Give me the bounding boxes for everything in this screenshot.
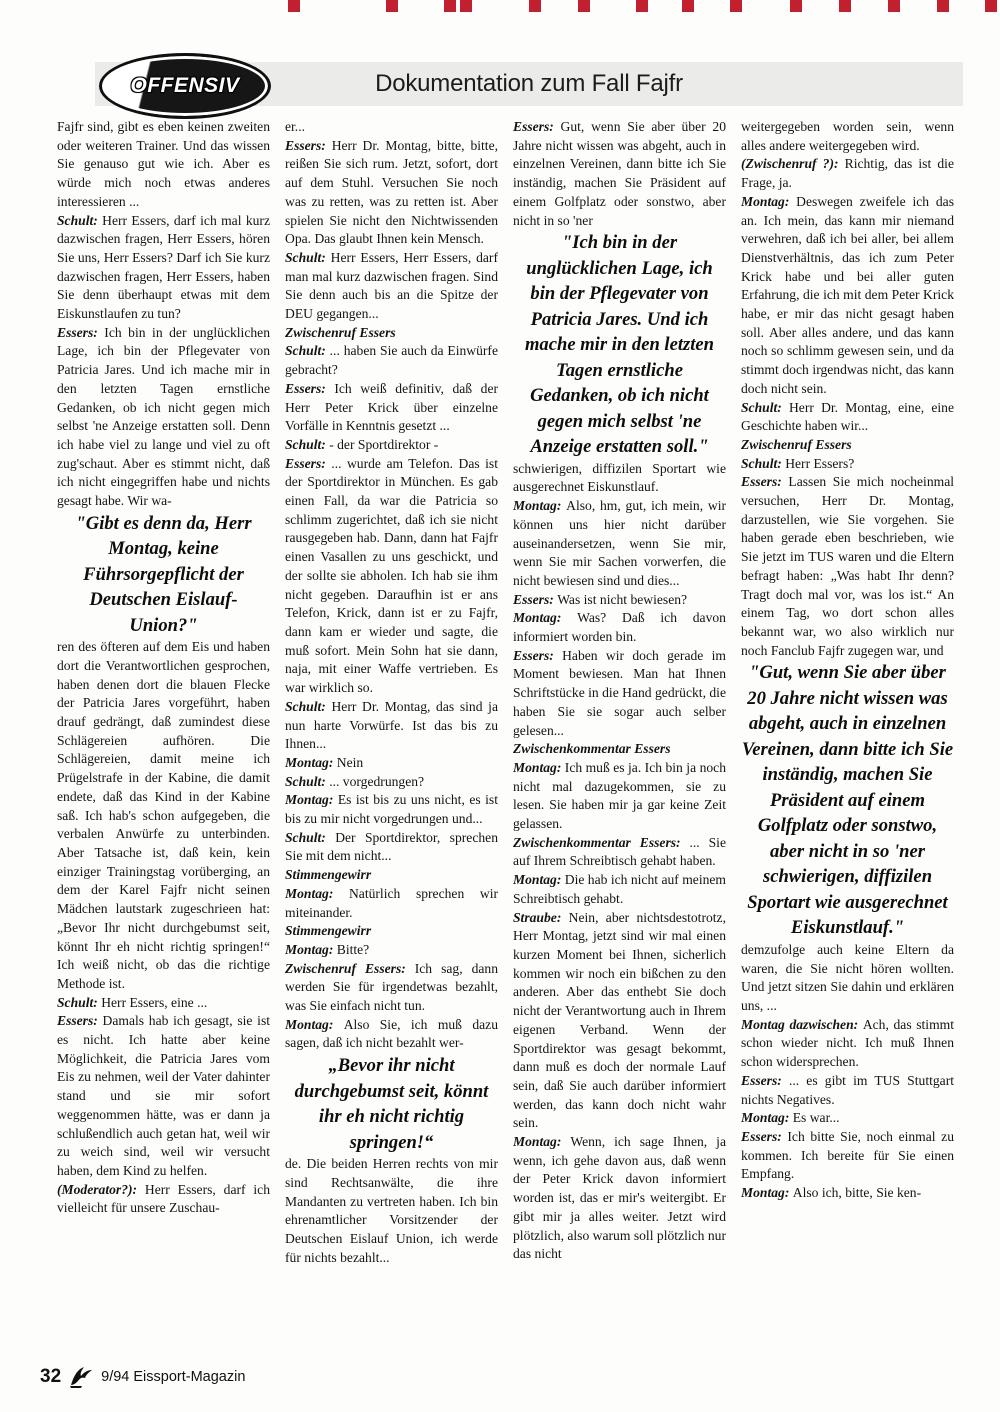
dialog-paragraph: Schult: Der Sportdirektor, sprechen Sie … xyxy=(285,829,498,866)
speaker-name: Schult: xyxy=(285,437,329,452)
dialog-paragraph: Zwischenkommentar Essers: ... Sie auf Ih… xyxy=(513,834,726,871)
speaker-name: Schult: xyxy=(57,995,101,1010)
body-paragraph: demzufolge auch keine Eltern da waren, d… xyxy=(741,941,954,1016)
dialog-paragraph: (Moderator?): Herr Essers, darf ich viel… xyxy=(57,1181,270,1218)
dialog-paragraph: Essers: ... es gibt im TUS Stuttgart nic… xyxy=(741,1072,954,1109)
dialog-paragraph: Montag dazwischen: Ach, das stimmt schon… xyxy=(741,1016,954,1072)
dialog-paragraph: Essers: Ich bin in der unglücklichen Lag… xyxy=(57,324,270,511)
speaker-name: Essers: xyxy=(741,1129,787,1144)
speaker-name: Montag: xyxy=(513,872,565,887)
registration-mark xyxy=(985,0,997,12)
speaker-name: Montag: xyxy=(741,1185,793,1200)
speaker-name: Essers: xyxy=(57,1013,103,1028)
dialog-paragraph: Montag: Bitte? xyxy=(285,941,498,960)
dialog-paragraph: Montag: Also Sie, ich muß dazu sagen, da… xyxy=(285,1016,498,1053)
dialog-paragraph: Montag: Was? Daß ich davon informiert wo… xyxy=(513,609,726,646)
page-number: 32 xyxy=(40,1366,61,1388)
issue-label: 9/94 Eissport-Magazin xyxy=(101,1369,245,1385)
dialog-paragraph: Schult: Herr Essers, Herr Essers, darf m… xyxy=(285,249,498,324)
stage-direction: Zwischenruf Essers xyxy=(741,436,954,455)
speaker-name: Zwischenruf Essers: xyxy=(285,961,415,976)
offensiv-logo-text: OFFENSIV xyxy=(130,74,239,98)
speaker-name: Schult: xyxy=(741,400,789,415)
speaker-name: Schult: xyxy=(57,213,102,228)
dialog-paragraph: Montag: Deswegen zweifele ich das an. Ic… xyxy=(741,193,954,399)
registration-mark xyxy=(730,0,742,12)
dialog-paragraph: Essers: Damals hab ich gesagt, sie ist e… xyxy=(57,1012,270,1180)
dialog-paragraph: Schult: ... vorgedrungen? xyxy=(285,773,498,792)
dialog-paragraph: Montag: Wenn, ich sage Ihnen, ja wenn, i… xyxy=(513,1133,726,1264)
registration-mark xyxy=(839,0,851,12)
dialog-paragraph: Straube: Nein, aber nichtsdestotrotz, He… xyxy=(513,909,726,1133)
dialog-paragraph: Schult: Herr Dr. Montag, das sind ja nun… xyxy=(285,698,498,754)
text-column-3: Essers: Gut, wenn Sie aber über 20 Jahre… xyxy=(513,118,726,1352)
registration-mark xyxy=(386,0,398,12)
speaker-name: Schult: xyxy=(741,456,785,471)
speaker-name: Montag: xyxy=(285,792,338,807)
speaker-name: Zwischenkommentar Essers: xyxy=(513,835,689,850)
speaker-name: Montag: xyxy=(741,1110,793,1125)
registration-mark xyxy=(444,0,456,12)
page-header: Dokumentation zum Fall Fajfr OFFENSIV xyxy=(95,62,963,106)
body-paragraph: weitergegeben worden sein, wenn alles an… xyxy=(741,118,954,155)
dialog-paragraph: Essers: Lassen Sie mich nocheinmal versu… xyxy=(741,473,954,660)
speaker-name: Montag: xyxy=(285,942,337,957)
speaker-name: Montag: xyxy=(513,498,566,513)
dialog-paragraph: Montag: Natürlich sprechen wir miteinand… xyxy=(285,885,498,922)
article-body: Fajfr sind, gibt es eben keinen zweiten … xyxy=(57,118,954,1352)
speaker-name: Schult: xyxy=(285,250,331,265)
speaker-name: Montag: xyxy=(285,886,349,901)
dialog-paragraph: Essers: Gut, wenn Sie aber über 20 Jahre… xyxy=(513,118,726,230)
dialog-paragraph: Montag: Nein xyxy=(285,754,498,773)
speaker-name: (Moderator?): xyxy=(57,1182,145,1197)
registration-mark xyxy=(636,0,648,12)
stage-direction: Zwischenkommentar Essers xyxy=(513,740,726,759)
dialog-paragraph: Schult: - der Sportdirektor - xyxy=(285,436,498,455)
registration-mark xyxy=(790,0,802,12)
speaker-name: Montag: xyxy=(513,610,577,625)
speaker-name: Montag: xyxy=(513,1134,570,1149)
dialog-paragraph: Montag: Ich muß es ja. Ich bin ja noch n… xyxy=(513,759,726,834)
dialog-paragraph: Zwischenruf Essers: Ich sag, dann werden… xyxy=(285,960,498,1016)
speaker-name: Essers: xyxy=(741,1073,789,1088)
registration-mark xyxy=(288,0,300,12)
registration-mark xyxy=(888,0,900,12)
text-column-1: Fajfr sind, gibt es eben keinen zweiten … xyxy=(57,118,270,1352)
pull-quote: "Ich bin in der unglücklichen Lage, ich … xyxy=(513,230,726,460)
speaker-name: Schult: xyxy=(285,699,331,714)
speaker-name: Montag: xyxy=(741,194,796,209)
stage-direction: Stimmengewirr xyxy=(285,922,498,941)
speaker-name: Schult: xyxy=(285,830,335,845)
text-column-4: weitergegeben worden sein, wenn alles an… xyxy=(741,118,954,1352)
speaker-name: Essers: xyxy=(285,381,334,396)
registration-mark xyxy=(578,0,590,12)
dialog-paragraph: Montag: Es ist bis zu uns nicht, es ist … xyxy=(285,791,498,828)
offensiv-logo: OFFENSIV xyxy=(99,53,271,119)
dialog-paragraph: Essers: ... wurde am Telefon. Das ist de… xyxy=(285,455,498,698)
speaker-name: Essers: xyxy=(285,138,332,153)
speaker-name: Essers: xyxy=(741,474,788,489)
registration-mark xyxy=(937,0,949,12)
body-paragraph: ren des öfteren auf dem Eis und haben do… xyxy=(57,638,270,993)
speaker-name: Montag: xyxy=(285,1017,344,1032)
dialog-paragraph: Schult: Herr Essers, eine ... xyxy=(57,994,270,1013)
speaker-name: (Zwischenruf ?): xyxy=(741,156,845,171)
body-paragraph: Fajfr sind, gibt es eben keinen zweiten … xyxy=(57,118,270,212)
speaker-name: Essers: xyxy=(285,456,331,471)
text-column-2: er...Essers: Herr Dr. Montag, bitte, bit… xyxy=(285,118,498,1352)
dialog-paragraph: Schult: Herr Dr. Montag, eine, eine Gesc… xyxy=(741,399,954,436)
speaker-name: Montag: xyxy=(513,760,565,775)
dialog-paragraph: Essers: Herr Dr. Montag, bitte, bitte, r… xyxy=(285,137,498,249)
pull-quote: „Bevor ihr nicht durchgebumst seit, könn… xyxy=(285,1053,498,1155)
speaker-name: Essers: xyxy=(513,592,557,607)
dialog-paragraph: Montag: Also, hm, gut, ich mein, wir kön… xyxy=(513,497,726,591)
body-paragraph: schwierigen, diffizilen Sportart wie aus… xyxy=(513,460,726,497)
pull-quote: "Gut, wenn Sie aber über 20 Jahre nicht … xyxy=(741,660,954,941)
pull-quote: "Gibt es denn da, Herr Montag, keine Füh… xyxy=(57,511,270,639)
speaker-name: Montag dazwischen: xyxy=(741,1017,863,1032)
speaker-name: Essers: xyxy=(513,648,562,663)
registration-mark xyxy=(682,0,694,12)
registration-mark xyxy=(529,0,541,12)
stage-direction: Zwischenruf Essers xyxy=(285,324,498,343)
speaker-name: Schult: xyxy=(285,343,330,358)
dialog-paragraph: Essers: Ich bitte Sie, noch einmal zu ko… xyxy=(741,1128,954,1184)
speaker-name: Straube: xyxy=(513,910,569,925)
speaker-name: Montag: xyxy=(285,755,337,770)
dialog-paragraph: Montag: Also ich, bitte, Sie ken- xyxy=(741,1184,954,1203)
speaker-name: Essers: xyxy=(513,119,561,134)
dialog-paragraph: (Zwischenruf ?): Richtig, das ist die Fr… xyxy=(741,155,954,192)
dialog-paragraph: Essers: Ich weiß definitiv, daß der Herr… xyxy=(285,380,498,436)
body-paragraph: de. Die beiden Herren rechts von mir sin… xyxy=(285,1155,498,1267)
dialog-paragraph: Schult: Herr Essers, darf ich mal kurz d… xyxy=(57,212,270,324)
dialog-paragraph: Montag: Es war... xyxy=(741,1109,954,1128)
magazine-emblem-icon xyxy=(68,1365,94,1389)
dialog-paragraph: Essers: Was ist nicht bewiesen? xyxy=(513,591,726,610)
registration-mark xyxy=(460,0,472,12)
speaker-name: Essers: xyxy=(57,325,104,340)
page-footer: 32 9/94 Eissport-Magazin xyxy=(40,1362,245,1392)
magazine-page: Dokumentation zum Fall Fajfr OFFENSIV Fa… xyxy=(0,0,1000,1412)
dialog-paragraph: Montag: Die hab ich nicht auf meinem Sch… xyxy=(513,871,726,908)
speaker-name: Schult: xyxy=(285,774,329,789)
dialog-paragraph: Schult: ... haben Sie auch da Einwürfe g… xyxy=(285,342,498,379)
dialog-paragraph: Schult: Herr Essers? xyxy=(741,455,954,474)
body-paragraph: er... xyxy=(285,118,498,137)
dialog-paragraph: Essers: Haben wir doch gerade im Moment … xyxy=(513,647,726,741)
stage-direction: Stimmengewirr xyxy=(285,866,498,885)
